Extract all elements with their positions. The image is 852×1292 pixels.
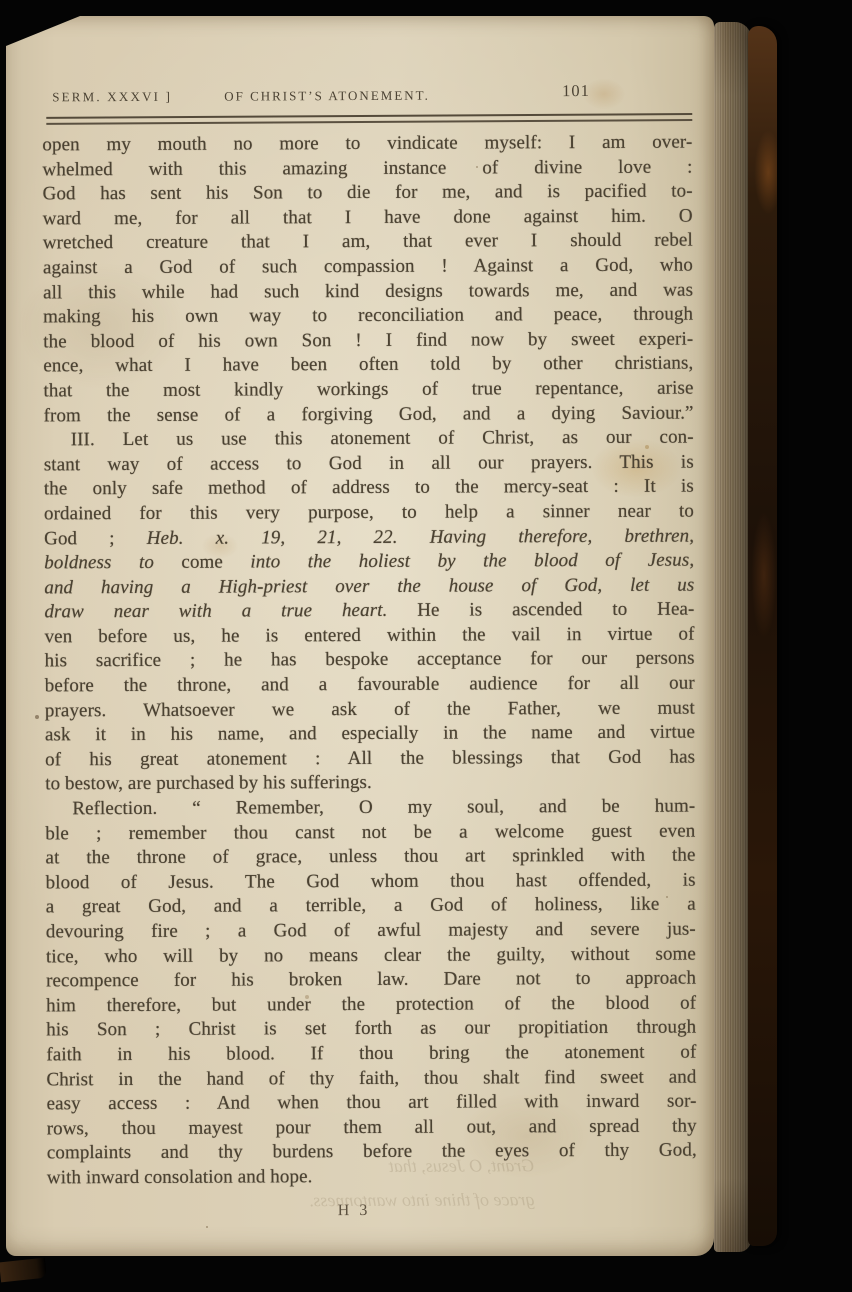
text-line: the only safe method of address to the m… [44,475,694,502]
text-line: Christ in the hand of thy faith, thou sh… [46,1065,696,1092]
text-line: easy access : And when thou art filled w… [47,1090,697,1117]
book-page: SERM. XXXVI ] OF CHRIST’S ATONEMENT. 101… [6,16,714,1256]
text-line: wretched creature that I am, that ever I… [43,229,693,256]
book-fore-edge-pages [714,22,751,1252]
text-line: to bestow, are purchased by his sufferin… [45,770,695,797]
running-header-title: OF CHRIST’S ATONEMENT. [224,88,430,105]
text-line: before the throne, and a favourable audi… [45,672,695,699]
text-segment: making his own way to reconciliation and… [43,304,693,328]
text-line: draw near with a true heart. He is ascen… [44,598,694,625]
text-segment: whelmed with this amazing instance of di… [42,156,692,180]
text-segment: faith in his blood. If thou bring the at… [46,1042,696,1066]
text-line: God ; Heb. x. 19, 21, 22. Having therefo… [44,524,694,551]
text-line: making his own way to reconciliation and… [43,303,693,330]
text-line: ask it in his name, and especially in th… [45,721,695,748]
paragraph: III. Let us use this atonement of Christ… [44,426,696,798]
text-segment: Christ in the hand of thy faith, thou sh… [46,1066,696,1090]
text-line: ordained for this very purpose, to help … [44,499,694,526]
text-line: and having a High-priest over the house … [44,573,694,600]
text-segment: to bestow, are purchased by his sufferin… [45,772,372,794]
double-rule [46,113,692,125]
text-segment: that the most kindly workings of true re… [43,377,693,401]
text-line: that the most kindly workings of true re… [43,376,693,403]
text-segment: from the sense of a forgiving God, and a… [44,402,694,426]
text-segment: devouring fire ; a God of awful majesty … [46,919,696,943]
signature-mark: H 3 [47,1201,661,1222]
scan-background: SERM. XXXVI ] OF CHRIST’S ATONEMENT. 101… [0,0,852,1292]
text-line: stant way of access to God in all our pr… [44,450,694,477]
italic-text-segment: draw near with a true heart. [44,600,387,622]
text-line: boldness to come into the holiest by the… [44,549,694,576]
text-line: tice, who will by no means clear the gui… [46,942,696,969]
text-line: at the throne of grace, unless thou art … [45,844,695,871]
text-line: recompence for his broken law. Dare not … [46,967,696,994]
text-line: ence, what I have been often told by oth… [43,352,693,379]
text-segment: God ; [44,527,147,548]
text-segment: III. Let us use this atonement of Christ… [71,427,694,451]
text-line: ward me, for all that I have done agains… [43,204,693,231]
text-segment: open my mouth no more to vindicate mysel… [42,132,692,156]
text-segment: a great God, and a terrible, a God of ho… [46,894,696,918]
text-line: God has sent his Son to die for me, and … [43,180,693,207]
text-line: blood of Jesus. The God whom thou hast o… [46,868,696,895]
text-segment: ordained for this very purpose, to help … [44,500,694,524]
text-segment: complaints and thy burdens before the ey… [47,1140,697,1164]
italic-text-segment: boldness to [44,552,181,574]
text-line: his Son ; Christ is set forth as our pro… [46,1016,696,1043]
text-line: him therefore, but under the protection … [46,991,696,1018]
text-line: of his great atonement : All the blessin… [45,745,695,772]
text-body: open my mouth no more to vindicate mysel… [42,131,697,1191]
text-line: III. Let us use this atonement of Christ… [44,426,694,453]
text-segment: at the throne of grace, unless thou art … [45,845,695,869]
text-line: the blood of his own Son ! I find now by… [43,327,693,354]
text-line: with inward consolation and hope. [47,1163,697,1190]
text-line: complaints and thy burdens before the ey… [47,1139,697,1166]
text-segment: ence, what I have been often told by oth… [43,353,693,377]
text-line: his sacrifice ; he has bespoke acceptanc… [45,647,695,674]
text-segment: He is ascended to Hea- [387,599,694,621]
text-segment: God has sent his Son to die for me, and … [43,181,693,205]
text-segment: against a God of such compassion ! Again… [43,255,693,279]
text-line: rows, thou mayest pour them all out, and… [47,1114,697,1141]
text-line: all this while had such kind designs tow… [43,278,693,305]
text-line: a great God, and a terrible, a God of ho… [46,893,696,920]
text-line: faith in his blood. If thou bring the at… [46,1041,696,1068]
text-segment: ward me, for all that I have done agains… [43,205,693,229]
text-segment: tice, who will by no means clear the gui… [46,943,696,967]
text-segment: wretched creature that I am, that ever I… [43,230,693,254]
text-segment: recompence for his broken law. Dare not … [46,968,696,992]
italic-text-segment: Heb. x. 19, 21, 22. Having therefore, br… [147,525,694,548]
text-line: devouring fire ; a God of awful majesty … [46,918,696,945]
text-segment: rows, thou mayest pour them all out, and… [47,1115,697,1139]
text-line: from the sense of a forgiving God, and a… [44,401,694,428]
text-segment: easy access : And when thou art filled w… [47,1091,697,1115]
text-line: open my mouth no more to vindicate mysel… [42,131,692,158]
text-segment: all this while had such kind designs tow… [43,279,693,303]
text-segment: prayers. Whatsoever we ask of the Father… [45,697,695,721]
text-segment: come [181,552,250,573]
italic-text-segment: into the holiest by the blood of Jesus, [250,550,694,573]
page-number: 101 [562,81,590,101]
running-header-section: SERM. XXXVI ] [52,89,172,106]
text-segment: ask it in his name, and especially in th… [45,722,695,746]
text-segment: the only safe method of address to the m… [44,476,694,500]
text-line: Reflection. “ Remember, O my soul, and b… [45,795,695,822]
bottom-left-cover-sliver [0,1258,47,1283]
text-segment: the blood of his own Son ! I find now by… [43,328,693,352]
text-segment: before the throne, and a favourable audi… [45,673,695,697]
text-segment: his Son ; Christ is set forth as our pro… [46,1017,696,1041]
paper-specks [6,16,8,18]
text-segment: ven before us, he is entered within the … [44,623,694,647]
text-segment: Reflection. “ Remember, O my soul, and b… [72,796,695,820]
text-segment: his sacrifice ; he has bespoke acceptanc… [45,648,695,672]
paragraph: Reflection. “ Remember, O my soul, and b… [45,795,697,1191]
text-line: ven before us, he is entered within the … [44,622,694,649]
text-line: ble ; remember thou canst not be a welco… [45,819,695,846]
italic-text-segment: and having a High-priest over the house … [44,574,694,598]
text-segment: him therefore, but under the protection … [46,992,696,1016]
paragraph: open my mouth no more to vindicate mysel… [42,131,693,429]
text-segment: stant way of access to God in all our pr… [44,451,694,475]
text-segment: with inward consolation and hope. [47,1166,313,1188]
text-line: whelmed with this amazing instance of di… [42,155,692,182]
page-content: SERM. XXXVI ] OF CHRIST’S ATONEMENT. 101… [4,14,717,1257]
text-line: prayers. Whatsoever we ask of the Father… [45,696,695,723]
text-segment: ble ; remember thou canst not be a welco… [45,820,695,844]
text-segment: of his great atonement : All the blessin… [45,746,695,770]
book-cover-edge [748,26,777,1246]
text-line: against a God of such compassion ! Again… [43,254,693,281]
text-segment: blood of Jesus. The God whom thou hast o… [46,869,696,893]
